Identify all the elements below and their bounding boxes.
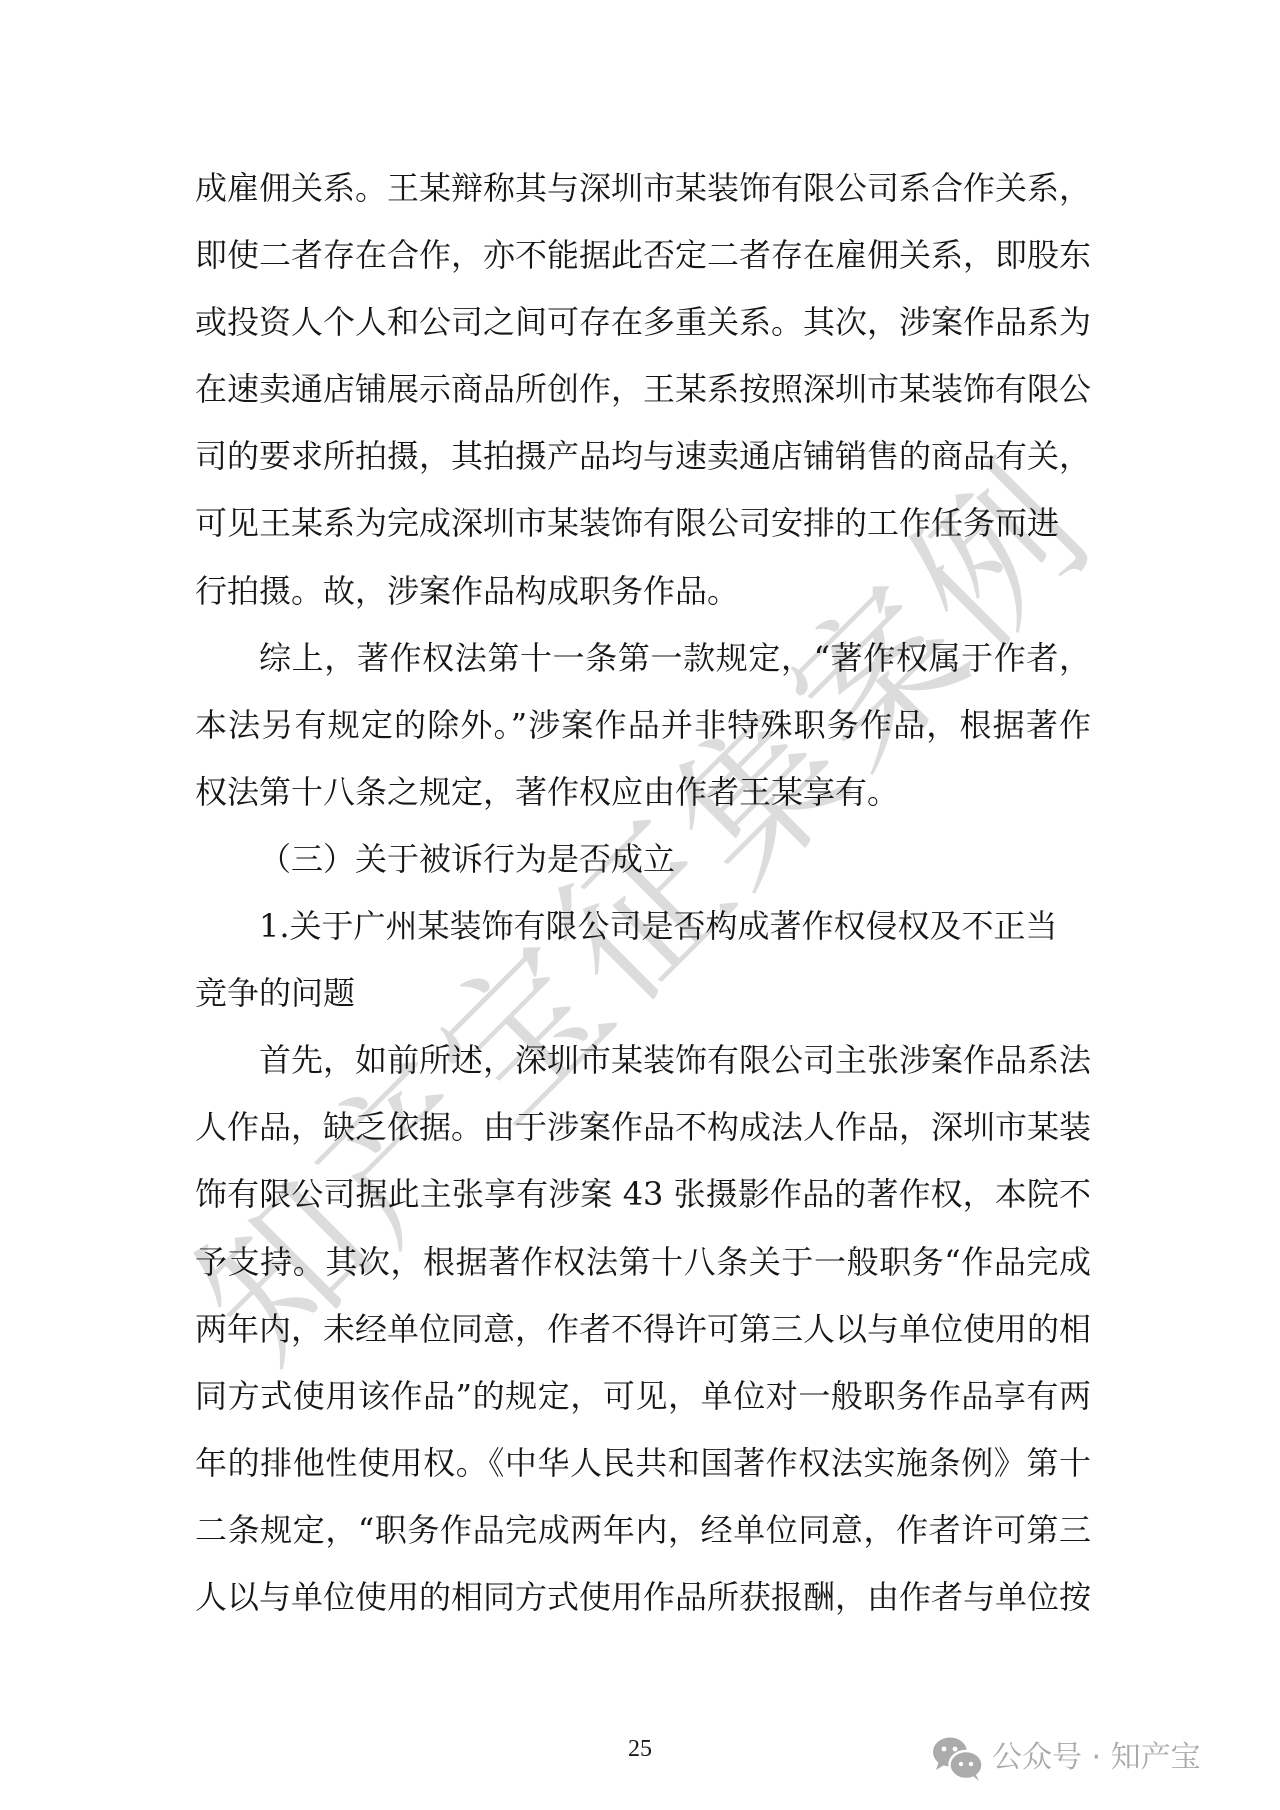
text-line: 司的要求所拍摄，其拍摄产品均与速卖通店铺销售的商品有关， (195, 423, 1091, 490)
text-line: 二条规定，“职务作品完成两年内，经单位同意，作者许可第三 (195, 1497, 1091, 1564)
paragraph-continuation: 成雇佣关系。王某辩称其与深圳市某装饰有限公司系合作关系， 即使二者存在合作，亦不… (195, 155, 1091, 625)
paragraph-conclusion: 综上，著作权法第十一条第一款规定，“著作权属于作者， 本法另有规定的除外。”涉案… (195, 625, 1091, 826)
text-line: 权法第十八条之规定，著作权应由作者王某享有。 (195, 759, 1091, 826)
paragraph-analysis: 首先，如前所述，深圳市某装饰有限公司主张涉案作品系法 人作品，缺乏依据。由于涉案… (195, 1027, 1091, 1631)
text-line: 予支持。其次，根据著作权法第十八条关于一般职务“作品完成 (195, 1229, 1091, 1296)
text-line: 年的排他性使用权。《中华人民共和国著作权法实施条例》第十 (195, 1430, 1091, 1497)
text-line: 饰有限公司据此主张享有涉案 43 张摄影作品的著作权，本院不 (195, 1161, 1091, 1228)
text-line: 在速卖通店铺展示商品所创作，王某系按照深圳市某装饰有限公 (195, 356, 1091, 423)
text-line: 首先，如前所述，深圳市某装饰有限公司主张涉案作品系法 (195, 1027, 1091, 1094)
text-line: 行拍摄。故，涉案作品构成职务作品。 (195, 558, 1091, 625)
text-line: 人作品，缺乏依据。由于涉案作品不构成法人作品，深圳市某装 (195, 1094, 1091, 1161)
wechat-icon (930, 1735, 986, 1781)
text-line: 同方式使用该作品”的规定，可见，单位对一般职务作品享有两 (195, 1363, 1091, 1430)
source-label: 公众号 · 知产宝 (992, 1741, 1201, 1775)
text-line: 或投资人个人和公司之间可存在多重关系。其次，涉案作品系为 (195, 289, 1091, 356)
text-line: 人以与单位使用的相同方式使用作品所获报酬，由作者与单位按 (195, 1564, 1091, 1631)
text-line: 本法另有规定的除外。”涉案作品并非特殊职务作品，根据著作 (195, 692, 1091, 759)
text-line: 成雇佣关系。王某辩称其与深圳市某装饰有限公司系合作关系， (195, 155, 1091, 222)
text-line: 两年内，未经单位同意，作者不得许可第三人以与单位使用的相 (195, 1296, 1091, 1363)
subsection-heading: 1.关于广州某装饰有限公司是否构成著作权侵权及不正当 竞争的问题 (195, 893, 1091, 1027)
text-line: 综上，著作权法第十一条第一款规定，“著作权属于作者， (195, 625, 1091, 692)
document-body: 成雇佣关系。王某辩称其与深圳市某装饰有限公司系合作关系， 即使二者存在合作，亦不… (195, 155, 1091, 1631)
heading-line: 竞争的问题 (195, 960, 1091, 1027)
source-watermark: 公众号 · 知产宝 (930, 1735, 1201, 1781)
section-heading: （三）关于被诉行为是否成立 (195, 826, 1091, 893)
text-line: 即使二者存在合作，亦不能据此否定二者存在雇佣关系，即股东 (195, 222, 1091, 289)
heading-line: （三）关于被诉行为是否成立 (195, 826, 1091, 893)
document-page: 知产宝征集案例 成雇佣关系。王某辩称其与深圳市某装饰有限公司系合作关系， 即使二… (0, 0, 1280, 1810)
heading-line: 1.关于广州某装饰有限公司是否构成著作权侵权及不正当 (195, 893, 1091, 960)
text-line: 可见王某系为完成深圳市某装饰有限公司安排的工作任务而进 (195, 490, 1091, 557)
